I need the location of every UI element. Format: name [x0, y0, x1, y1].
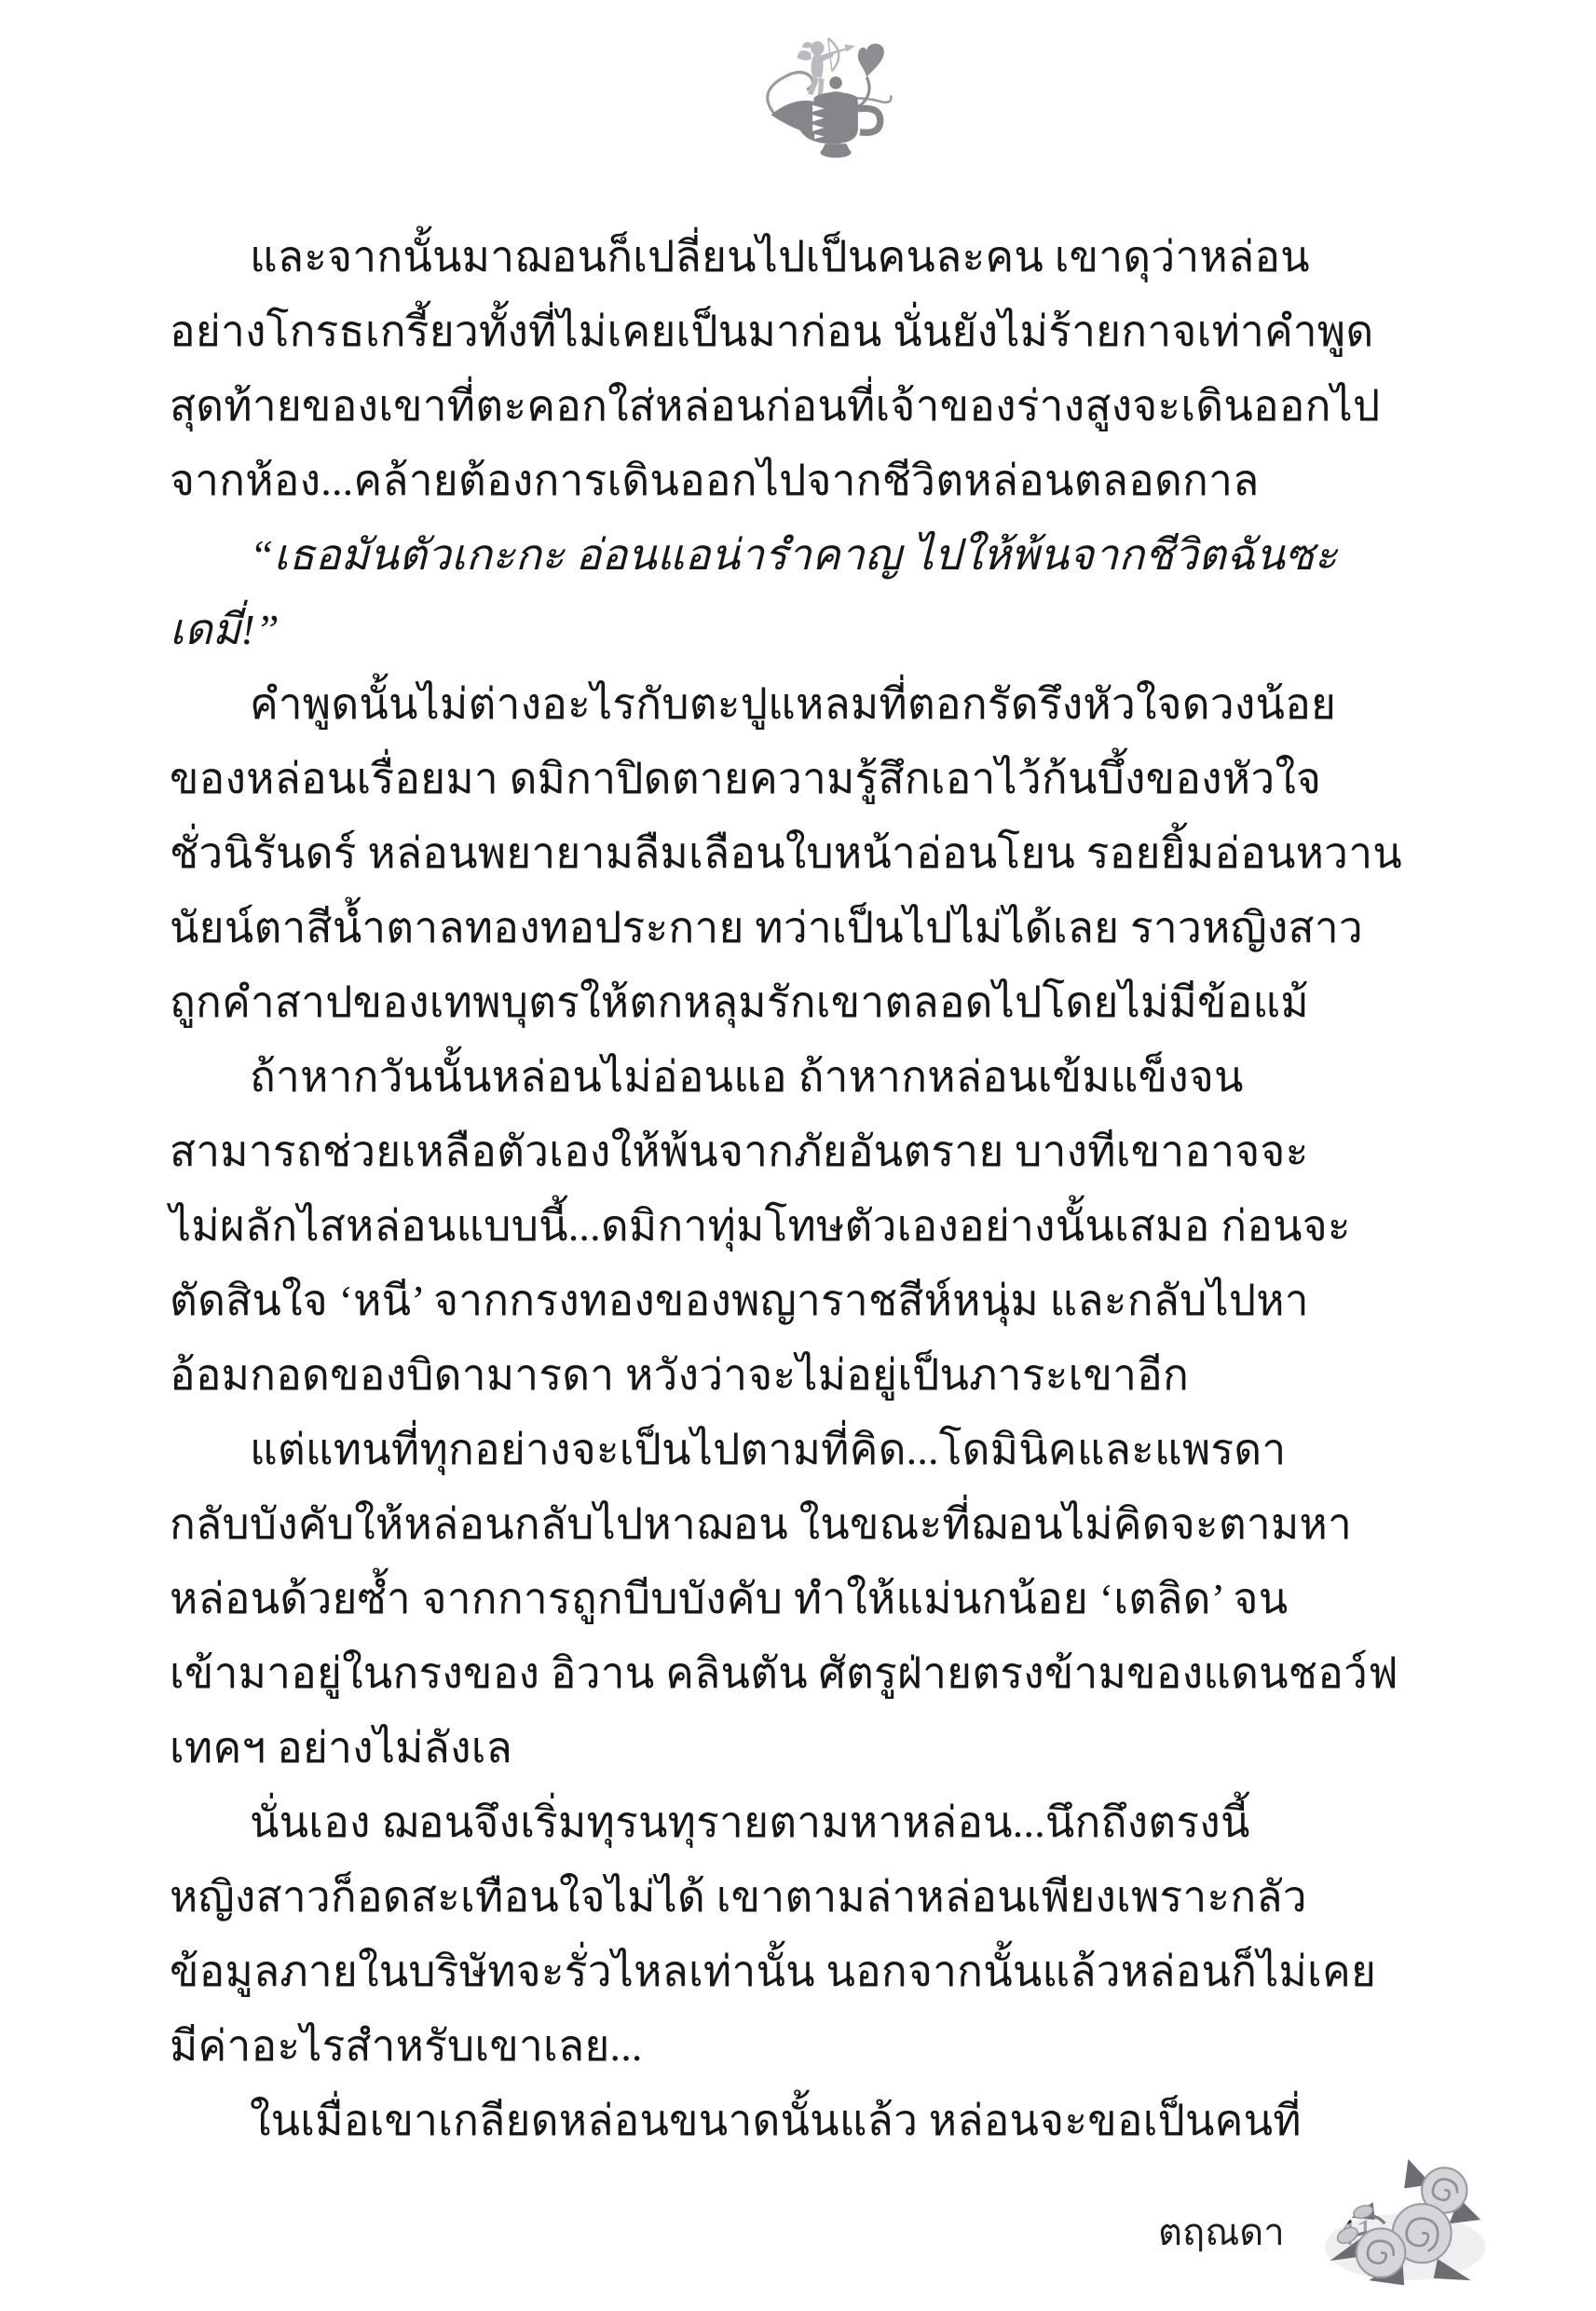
text-line: หญิงสาวก็อดสะเทือนใจไม่ได้ เขาตามล่าหล่อ… — [170, 1860, 1433, 1935]
text-line: ตัดสินใจ ‘หนี’ จากกรงทองของพญาราชสีห์หนุ… — [170, 1264, 1433, 1338]
text-line: นั่นเอง ฌอนจึงเริ่มทุรนทุรายตามหาหล่อน..… — [170, 1785, 1433, 1860]
text-line: และจากนั้นมาฌอนก็เปลี่ยนไปเป็นคนละคน เขา… — [170, 220, 1433, 294]
text-line: “เธอมันตัวเกะกะ อ่อนแอน่ารำคาญ ไปให้พ้นจ… — [170, 518, 1433, 593]
text-line: แต่แทนที่ทุกอย่างจะเป็นไปตามที่คิด...โดม… — [170, 1413, 1433, 1487]
text-line: นัยน์ตาสีน้ำตาลทองทอประกาย ทว่าเป็นไปไม่… — [170, 891, 1433, 965]
text-line: เข้ามาอยู่ในกรงของ อิวาน คลินตัน ศัตรูฝ่… — [170, 1636, 1433, 1711]
roses-ornament-icon — [1312, 2141, 1489, 2298]
text-line: จากห้อง...คล้ายต้องการเดินออกไปจากชีวิตห… — [170, 444, 1433, 518]
text-line: เทคฯ อย่างไม่ลังเล — [170, 1711, 1433, 1785]
cupid-heart-teapot-ornament-icon — [757, 34, 913, 164]
text-line: มีค่าอะไรสำหรับเขาเลย... — [170, 2009, 1433, 2084]
text-line: อ้อมกอดของบิดามารดา หวังว่าจะไม่อยู่เป็น… — [170, 1338, 1433, 1413]
text-line: คำพูดนั้นไม่ต่างอะไรกับตะปูแหลมที่ตอกรัด… — [170, 667, 1433, 742]
text-line: ข้อมูลภายในบริษัทจะรั่วไหลเท่านั้น นอกจา… — [170, 1935, 1433, 2009]
text-line: กลับบังคับให้หล่อนกลับไปหาฌอน ในขณะที่ฌอ… — [170, 1487, 1433, 1562]
text-line: ในเมื่อเขาเกลียดหล่อนขนาดนั้นแล้ว หล่อนจ… — [170, 2084, 1433, 2158]
text-line: ไม่ผลักไสหล่อนแบบนี้...ดมิกาทุ่มโทษตัวเอ… — [170, 1189, 1433, 1264]
body-text: และจากนั้นมาฌอนก็เปลี่ยนไปเป็นคนละคน เขา… — [170, 220, 1433, 2158]
text-line: เดมี่!” — [170, 593, 1433, 667]
text-line: อย่างโกรธเกรี้ยวทั้งที่ไม่เคยเป็นมาก่อน … — [170, 294, 1433, 369]
text-line: ชั่วนิรันดร์ หล่อนพยายามลืมเลือนใบหน้าอ่… — [170, 816, 1433, 891]
text-line: หล่อนด้วยซ้ำ จากการถูกบีบบังคับ ทำให้แม่… — [170, 1562, 1433, 1636]
text-line: สุดท้ายของเขาที่ตะคอกใส่หล่อนก่อนที่เจ้า… — [170, 369, 1433, 444]
footer-author: ตฤณดา — [1158, 2202, 1285, 2262]
text-line: ของหล่อนเรื่อยมา ดมิกาปิดตายความรู้สึกเอ… — [170, 742, 1433, 816]
text-line: ถูกคำสาปของเทพบุตรให้ตกหลุมรักเขาตลอดไปโ… — [170, 965, 1433, 1040]
book-page: และจากนั้นมาฌอนก็เปลี่ยนไปเป็นคนละคน เขา… — [0, 0, 1596, 2311]
text-line: สามารถช่วยเหลือตัวเองให้พ้นจากภัยอันตราย… — [170, 1114, 1433, 1189]
text-line: ถ้าหากวันนั้นหล่อนไม่อ่อนแอ ถ้าหากหล่อนเ… — [170, 1040, 1433, 1114]
